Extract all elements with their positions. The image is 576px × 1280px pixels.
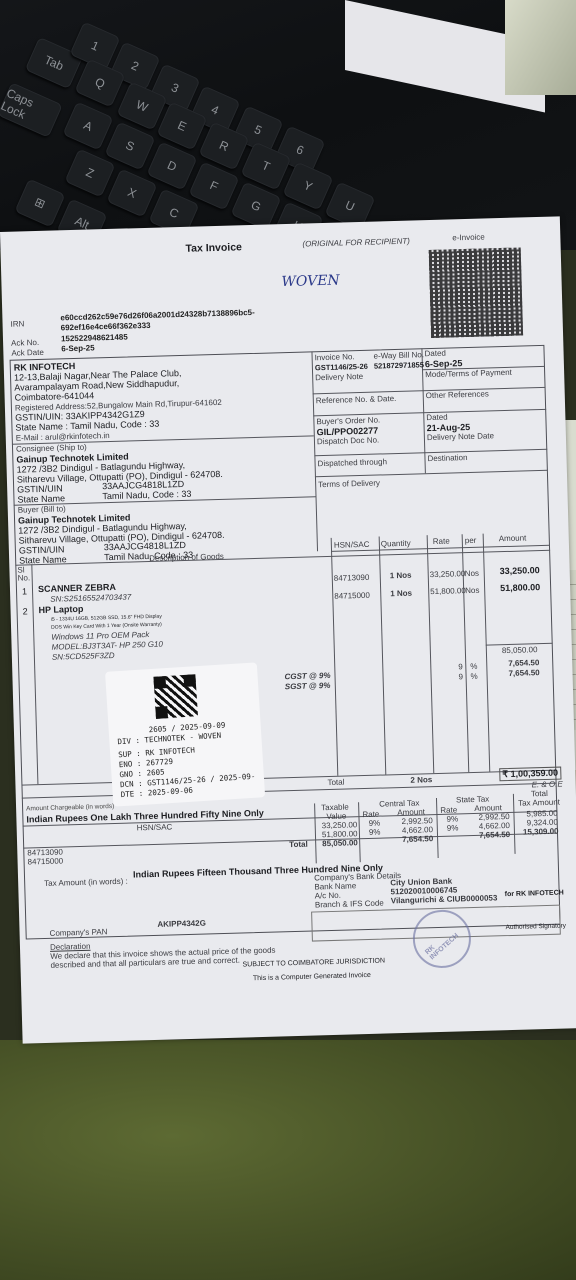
handwritten-note: WOVEN bbox=[281, 273, 340, 291]
destination-label: Destination bbox=[427, 453, 467, 463]
company-stamp: RK INFOTECH bbox=[412, 909, 472, 969]
quantity-header: Quantity bbox=[381, 539, 411, 549]
tax-s-rate: 9% bbox=[447, 823, 459, 832]
cgst-unit: % bbox=[470, 662, 477, 671]
keyboard-background: Tab Caps Lock 1 2 3 4 5 6 Q W E R T Y U … bbox=[0, 0, 576, 250]
item-hsn: 84715000 bbox=[334, 591, 370, 601]
fabric-background bbox=[0, 1040, 576, 1280]
tax-total-central: 7,654.50 bbox=[402, 834, 433, 844]
invoice-title: Tax Invoice bbox=[185, 241, 242, 255]
ack-date-label: Ack Date bbox=[11, 348, 44, 358]
item-quantity: 1 Nos bbox=[390, 571, 412, 581]
pan-label: Company's PAN bbox=[49, 927, 107, 938]
item-hsn: 84713090 bbox=[334, 573, 370, 583]
tax-hsn-header: HSN/SAC bbox=[137, 822, 173, 832]
order-dated-label: Dated bbox=[426, 413, 448, 423]
subtotal: 85,050.00 bbox=[502, 645, 538, 655]
background-object bbox=[505, 0, 576, 95]
delivery-note-date-label: Delivery Note Date bbox=[427, 431, 494, 442]
tax-total-label: Total bbox=[289, 840, 308, 850]
ack-no-label: Ack No. bbox=[11, 338, 39, 348]
item-quantity: 1 Nos bbox=[390, 589, 412, 599]
item-amount: 51,800.00 bbox=[500, 582, 540, 593]
buyers-order-label: Buyer's Order No. bbox=[316, 415, 380, 426]
buyer-label: Buyer (Bill to) bbox=[18, 504, 66, 514]
cgst-amount: 7,654.50 bbox=[508, 658, 539, 668]
item-name: HP Laptop bbox=[38, 604, 83, 615]
tax-total-amount: 15,309.00 bbox=[523, 827, 559, 837]
cgst-label: CGST @ 9% bbox=[284, 671, 330, 681]
sgst-amount: 7,654.50 bbox=[508, 668, 539, 678]
rate-header: Rate bbox=[433, 537, 450, 546]
dispatch-doc-label: Dispatch Doc No. bbox=[317, 435, 379, 446]
irn-line2: 692ef16e4ce66f362e333 bbox=[61, 321, 151, 333]
eway-bill-no: 521872971855 bbox=[374, 360, 424, 370]
tax-s-rate: 9% bbox=[446, 814, 458, 823]
branch-ifs-label: Branch & IFS Code bbox=[315, 899, 384, 910]
state-rate-header: Rate bbox=[440, 805, 457, 814]
pan-value: AKIPP4342G bbox=[157, 919, 206, 929]
item-sl: 2 bbox=[22, 606, 27, 616]
eway-label: e-Way Bill No. bbox=[373, 350, 424, 360]
tax-c-rate: 9% bbox=[369, 828, 381, 837]
sgst-unit: % bbox=[470, 672, 477, 681]
item-amount: 33,250.00 bbox=[500, 565, 540, 576]
item-serial: SN:5CD525F3ZD bbox=[52, 651, 115, 662]
tax-invoice-document: Tax Invoice (ORIGINAL FOR RECIPIENT) e-I… bbox=[0, 216, 576, 1043]
windows-key-icon: ⊞ bbox=[14, 178, 65, 227]
per-header: per bbox=[465, 536, 477, 545]
tax-hsn-2: 84715000 bbox=[27, 856, 63, 866]
einvoice-qr-code bbox=[429, 247, 523, 338]
einvoice-label: e-Invoice bbox=[452, 232, 485, 242]
sticker-eno: ENO : 267729 bbox=[119, 757, 174, 769]
other-references-label: Other References bbox=[426, 389, 489, 400]
irn-label: IRN bbox=[10, 319, 24, 328]
cgst-rate: 9 bbox=[458, 662, 463, 671]
eoe: E. & O.E bbox=[532, 780, 563, 790]
delivery-note-label: Delivery Note bbox=[315, 372, 363, 382]
tax-c-rate: 9% bbox=[369, 819, 381, 828]
no-header: No. bbox=[18, 573, 31, 582]
computer-generated-note: This is a Computer Generated Invoice bbox=[253, 972, 371, 982]
tax-total-state: 7,654.50 bbox=[479, 830, 510, 840]
amount-header: Amount bbox=[499, 533, 527, 543]
item-rate: 33,250.00 bbox=[430, 569, 466, 579]
goods-receipt-sticker: 2605 / 2025-09-09 DIV : TECHNOTEK - WOVE… bbox=[105, 662, 265, 806]
item-per: Nos bbox=[465, 569, 479, 578]
central-rate-header: Rate bbox=[362, 810, 379, 819]
key-caps-lock: Caps Lock bbox=[0, 82, 63, 138]
sgst-label: SGST @ 9% bbox=[285, 681, 331, 691]
jurisdiction: SUBJECT TO COIMBATORE JURISDICTION bbox=[242, 958, 385, 969]
ack-date: 6-Sep-25 bbox=[61, 343, 95, 353]
sticker-div: DIV : TECHNOTEK - WOVEN bbox=[117, 731, 221, 747]
total-quantity: 2 Nos bbox=[410, 775, 432, 785]
total-label: Total bbox=[327, 778, 344, 787]
irn-line1: e60ccd262c59e76d26f06a2001d24328b7138896… bbox=[60, 308, 255, 322]
terms-of-delivery-label: Terms of Delivery bbox=[318, 478, 380, 489]
hsn-header: HSN/SAC bbox=[334, 540, 370, 550]
item-per: Nos bbox=[465, 586, 479, 595]
invoice-no: GST1146/25-26 bbox=[315, 362, 368, 372]
ack-no: 152522948621485 bbox=[61, 332, 128, 343]
sgst-rate: 9 bbox=[458, 672, 463, 681]
total-tax-amount-header: Tax Amount bbox=[518, 798, 560, 808]
tax-total-taxable: 85,050.00 bbox=[322, 838, 358, 848]
key-a: A bbox=[62, 101, 113, 150]
invoice-no-label: Invoice No. bbox=[315, 352, 355, 362]
copy-label: (ORIGINAL FOR RECIPIENT) bbox=[302, 237, 410, 249]
item-rate: 51,800.00 bbox=[430, 586, 466, 596]
item-sl: 1 bbox=[22, 586, 27, 596]
sticker-qr-code bbox=[153, 674, 198, 719]
dated-label: Dated bbox=[424, 349, 446, 359]
